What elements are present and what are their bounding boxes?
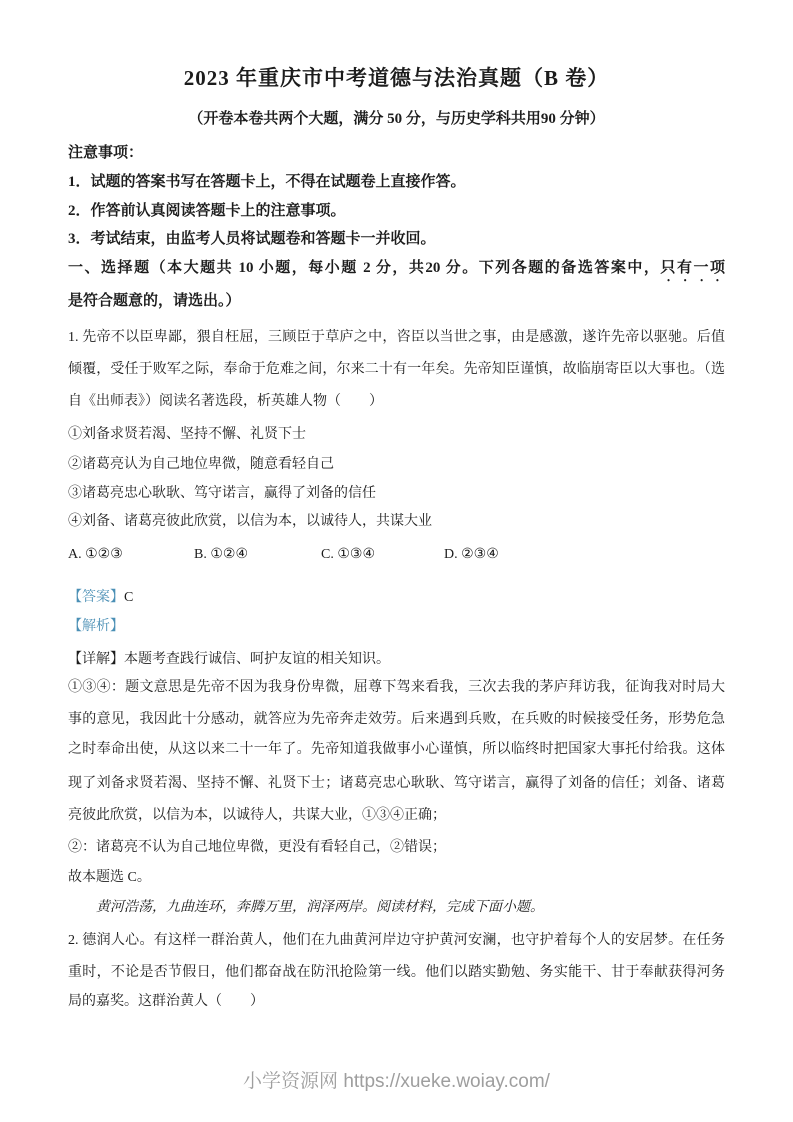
conclusion-text: 故本题选 C。 [68,867,725,888]
option-c: C. ①③④ [321,544,375,565]
question-1-choice-4: ④刘备、诸葛亮彼此欣赏，以信为本，以诚待人，共谋大业 [68,511,725,532]
question-2-stem-line-1: 2. 德润人心。有这样一群治黄人，他们在九曲黄河岸边守护黄河安澜，也守护着每个人… [68,930,725,951]
explanation-line-4: 现了刘备求贤若渴、坚持不懈、礼贤下士；诸葛亮忠心耿耿、笃守诺言，赢得了刘备的信任… [68,773,725,794]
explanation-line-3: 之时奉命出使，从这以来二十一年了。先帝知道我做事小心谨慎，所以临终时把国家大事托… [68,739,725,760]
option-a: A. ①②③ [68,544,123,565]
question-1-options-row: A. ①②③ B. ①②④ C. ①③④ D. ②③④ [68,544,725,565]
question-2-stem-line-2: 重时，不论是否节假日，他们都奋战在防汛抢险第一线。他们以踏实勤勉、务实能干、甘于… [68,962,725,983]
explanation-wrong-item: ②：诸葛亮不认为自己地位卑微，更没有看轻自己，②错误； [68,837,725,858]
notices-heading: 注意事项： [68,142,725,164]
detail-text: 【详解】本题考查践行诚信、呵护友谊的相关知识。 [68,649,725,670]
option-d: D. ②③④ [444,544,499,565]
question-2-stem-line-3: 局的嘉奖。这群治黄人（ ） [68,991,725,1012]
question-1-choice-2: ②诸葛亮认为自己地位卑微，随意看轻自己 [68,454,725,475]
exam-document-page: 2023 年重庆市中考道德与法治真题（B 卷） （开卷本卷共两个大题，满分 50… [0,0,793,1122]
option-b: B. ①②④ [194,544,248,565]
answer-row: 【答案】C [68,587,725,608]
question-1-stem-line-3: 自《出师表》）阅读名著选段，析英雄人物（ ） [68,391,725,412]
page-title: 2023 年重庆市中考道德与法治真题（B 卷） [0,62,793,92]
answer-label: 【答案】 [68,590,124,605]
section-heading-emphasis: 只有一项 [660,260,725,276]
notice-item-1: 1．试题的答案书写在答题卡上，不得在试题卷上直接作答。 [68,171,725,193]
analysis-label: 【解析】 [68,616,725,637]
explanation-line-2: 事的意见，我因此十分感动，就答应为先帝奔走效劳。后来遇到兵败，在兵败的时候接受任… [68,709,725,730]
page-subtitle: （开卷本卷共两个大题，满分 50 分，与历史学科共用90 分钟） [0,107,793,128]
section-heading-line-2: 是符合题意的，请选出。） [68,290,725,312]
section-heading-text: 一、选择题（本大题共 10 小题，每小题 2 分，共20 分。下列各题的备选答案… [68,260,660,276]
answer-value: C [124,590,133,605]
notice-item-3: 3．考试结束，由监考人员将试题卷和答题卡一并收回。 [68,228,725,250]
question-1-stem-line-2: 倾覆，受任于败军之际，奉命于危难之间，尔来二十有一年矣。先帝知臣谨慎，故临崩寄臣… [68,359,725,380]
question-1-choice-1: ①刘备求贤若渴、坚持不懈、礼贤下士 [68,424,725,445]
explanation-line-1: ①③④：题文意思是先帝不因为我身份卑微，屈尊下驾来看我，三次去我的茅庐拜访我，征… [68,677,725,698]
question-1-choice-3: ③诸葛亮忠心耿耿、笃守诺言，赢得了刘备的信任 [68,483,725,504]
notice-item-2: 2．作答前认真阅读答题卡上的注意事项。 [68,200,725,222]
question-1-stem-line-1: 1. 先帝不以臣卑鄙，猥自枉屈，三顾臣于草庐之中，咨臣以当世之事，由是感激，遂许… [68,327,725,348]
section-heading-line-1: 一、选择题（本大题共 10 小题，每小题 2 分，共20 分。下列各题的备选答案… [68,257,725,285]
explanation-line-5: 亮彼此欣赏，以信为本，以诚待人，共谋大业，①③④正确； [68,805,725,826]
footer-watermark: 小学资源网 https://xueke.woiay.com/ [0,1066,793,1093]
reading-passage: 黄河浩荡，九曲连环，奔腾万里，润泽两岸。阅读材料，完成下面小题。 [68,897,725,918]
